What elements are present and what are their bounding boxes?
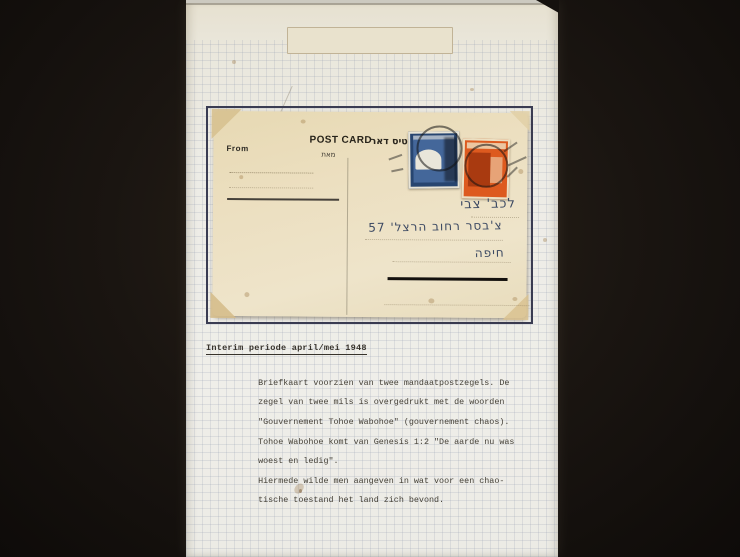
postmark-scribble [508,156,527,166]
caption-line: zegel van twee mils is overgedrukt met d… [258,397,504,407]
caption-line: Tohoe Wabohoe komt van Genesis 1:2 "De a… [258,437,514,447]
page-top-shadow [186,3,558,5]
sender-line [229,171,313,174]
address-line [365,238,503,241]
handwritten-line: צ'בסר רחוב הרצל' 57 [363,218,508,235]
sender-line [229,186,313,189]
from-label: From [226,144,248,153]
postcard: POST CARD כרטיס דאר From מאת לכב' צבי צ'… [212,111,527,318]
address-line [393,260,511,263]
page-speck [232,60,236,64]
postmark-circle [416,125,462,171]
caption-line: "Gouvernement Tohoe Wabohoe" (gouverneme… [258,417,509,427]
handwritten-line: חיפה [465,245,515,260]
postcard-divider [346,158,348,315]
page-speck [543,238,547,242]
album-page-photo: POST CARD כרטיס דאר From מאת לכב' צבי צ'… [0,0,740,557]
foxing-spot [239,175,243,179]
address-line [384,303,529,306]
foxing-spot [428,298,434,303]
photo-corner-mount [212,109,242,139]
page-speck [470,88,474,91]
printed-label-box [287,27,453,54]
caption-line: woest en ledig". [258,456,338,466]
postmark-circle [464,144,508,188]
address-line [471,216,519,218]
foxing-spot [301,120,306,124]
from-label-hebrew: מאת [321,151,335,159]
caption-heading: Interim periode april/mei 1948 [206,343,367,355]
page-stain [299,489,302,493]
postmark-arc [388,154,402,161]
foxing-spot [512,297,517,301]
background-corner [536,0,559,13]
caption-line: Hiermede wilde men aangeven in wat voor … [258,476,504,486]
sender-line-solid [227,198,339,201]
foxing-spot [244,292,249,297]
caption-paragraph: Briefkaart voorzien van twee mandaatpost… [238,369,514,516]
caption-line: Briefkaart voorzien van twee mandaatpost… [258,378,509,388]
foxing-spot [518,169,523,174]
postcard-title: POST CARD [309,135,372,146]
photo-corner-mount [210,292,236,318]
caption-line: tische toestand het land zich bevond. [258,495,444,505]
postmark-arc [391,168,403,172]
handwritten-line: לכב' צבי [453,196,523,212]
photo-corner-mount [510,111,530,131]
address-line-bold [388,277,508,281]
